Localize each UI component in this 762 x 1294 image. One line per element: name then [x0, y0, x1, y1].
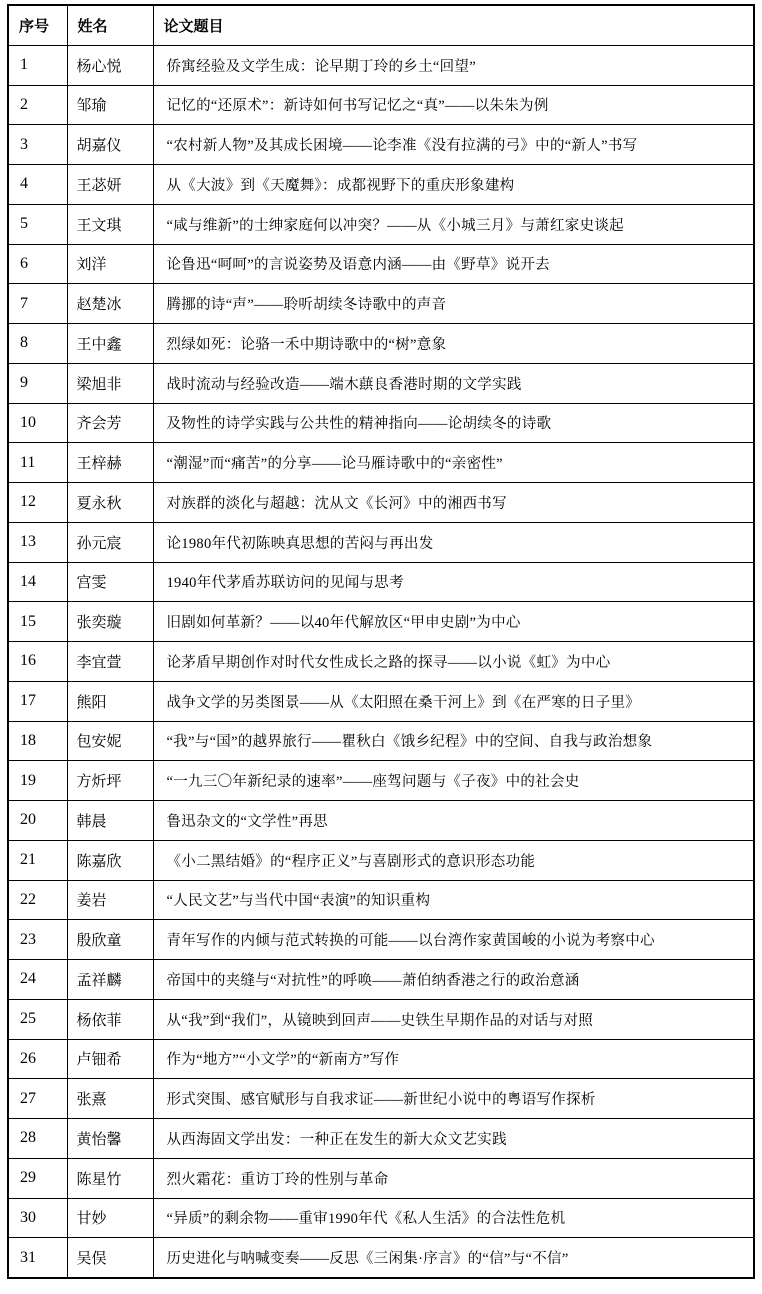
index-cell: 31: [8, 1238, 67, 1278]
index-cell: 26: [8, 1039, 67, 1079]
table-row: 24孟祥麟帝国中的夹缝与“对抗性”的呼唤——萧伯纳香港之行的政治意涵: [8, 960, 754, 1000]
table-row: 2邹瑜记忆的“还原术”：新诗如何书写记忆之“真”——以朱朱为例: [8, 85, 754, 125]
index-cell: 5: [8, 204, 67, 244]
title-cell: 及物性的诗学实践与公共性的精神指向——论胡续冬的诗歌: [153, 403, 754, 443]
table-row: 9梁旭非战时流动与经验改造——端木蕻良香港时期的文学实践: [8, 363, 754, 403]
table-row: 20韩晨鲁迅杂文的“文学性”再思: [8, 801, 754, 841]
table-row: 4王苾妍从《大波》到《天魔舞》：成都视野下的重庆形象建构: [8, 165, 754, 205]
index-cell: 15: [8, 602, 67, 642]
name-cell: 包安妮: [67, 721, 153, 761]
name-cell: 陈嘉欣: [67, 840, 153, 880]
thesis-table: 序号 姓名 论文题目 1杨心悦侨寓经验及文学生成：论早期丁玲的乡土“回望”2邹瑜…: [7, 4, 755, 1279]
table-row: 1杨心悦侨寓经验及文学生成：论早期丁玲的乡土“回望”: [8, 45, 754, 85]
title-cell: “潮湿”而“痛苦”的分享——论马雁诗歌中的“亲密性”: [153, 443, 754, 483]
table-row: 21陈嘉欣《小二黑结婚》的“程序正义”与喜剧形式的意识形态功能: [8, 840, 754, 880]
index-cell: 17: [8, 681, 67, 721]
title-cell: 从“我”到“我们”，从镜映到回声——史铁生早期作品的对话与对照: [153, 999, 754, 1039]
name-cell: 杨心悦: [67, 45, 153, 85]
name-cell: 杨依菲: [67, 999, 153, 1039]
title-cell: “咸与维新”的士绅家庭何以冲突？——从《小城三月》与萧红家史谈起: [153, 204, 754, 244]
index-cell: 19: [8, 761, 67, 801]
header-cell-index: 序号: [8, 5, 67, 45]
index-cell: 16: [8, 642, 67, 682]
table-header: 序号 姓名 论文题目: [8, 5, 754, 45]
title-cell: 帝国中的夹缝与“对抗性”的呼唤——萧伯纳香港之行的政治意涵: [153, 960, 754, 1000]
index-cell: 2: [8, 85, 67, 125]
table-row: 6刘洋论鲁迅“呵呵”的言说姿势及语意内涵——由《野草》说开去: [8, 244, 754, 284]
index-cell: 25: [8, 999, 67, 1039]
index-cell: 18: [8, 721, 67, 761]
name-cell: 邹瑜: [67, 85, 153, 125]
index-cell: 20: [8, 801, 67, 841]
table-row: 10齐会芳及物性的诗学实践与公共性的精神指向——论胡续冬的诗歌: [8, 403, 754, 443]
index-cell: 30: [8, 1198, 67, 1238]
header-cell-name: 姓名: [67, 5, 153, 45]
name-cell: 胡嘉仪: [67, 125, 153, 165]
table-row: 7赵楚冰腾挪的诗“声”——聆听胡续冬诗歌中的声音: [8, 284, 754, 324]
index-cell: 29: [8, 1158, 67, 1198]
name-cell: 姜岩: [67, 880, 153, 920]
title-cell: “一九三〇年新纪录的速率”——座驾问题与《子夜》中的社会史: [153, 761, 754, 801]
name-cell: 王中鑫: [67, 324, 153, 364]
name-cell: 卢钿希: [67, 1039, 153, 1079]
table-row: 15张奕璇旧剧如何革新？——以40年代解放区“甲申史剧”为中心: [8, 602, 754, 642]
name-cell: 甘妙: [67, 1198, 153, 1238]
table-row: 26卢钿希作为“地方”“小文学”的“新南方”写作: [8, 1039, 754, 1079]
name-cell: 熊阳: [67, 681, 153, 721]
title-cell: “农村新人物”及其成长困境——论李准《没有拉满的弓》中的“新人”书写: [153, 125, 754, 165]
index-cell: 7: [8, 284, 67, 324]
name-cell: 赵楚冰: [67, 284, 153, 324]
title-cell: 从《大波》到《天魔舞》：成都视野下的重庆形象建构: [153, 165, 754, 205]
title-cell: 烈绿如死：论骆一禾中期诗歌中的“树”意象: [153, 324, 754, 364]
table-row: 22姜岩“人民文艺”与当代中国“表演”的知识重构: [8, 880, 754, 920]
title-cell: 对族群的淡化与超越：沈从文《长河》中的湘西书写: [153, 483, 754, 523]
name-cell: 孟祥麟: [67, 960, 153, 1000]
index-cell: 9: [8, 363, 67, 403]
table-row: 23殷欣童青年写作的内倾与范式转换的可能——以台湾作家黄国峻的小说为考察中心: [8, 920, 754, 960]
index-cell: 11: [8, 443, 67, 483]
table-body: 1杨心悦侨寓经验及文学生成：论早期丁玲的乡土“回望”2邹瑜记忆的“还原术”：新诗…: [8, 45, 754, 1278]
index-cell: 6: [8, 244, 67, 284]
index-cell: 14: [8, 562, 67, 602]
title-cell: 战时流动与经验改造——端木蕻良香港时期的文学实践: [153, 363, 754, 403]
name-cell: 张奕璇: [67, 602, 153, 642]
table-row: 13孙元宸论1980年代初陈映真思想的苦闷与再出发: [8, 522, 754, 562]
name-cell: 王苾妍: [67, 165, 153, 205]
index-cell: 10: [8, 403, 67, 443]
table-row: 5王文琪“咸与维新”的士绅家庭何以冲突？——从《小城三月》与萧红家史谈起: [8, 204, 754, 244]
title-cell: 战争文学的另类图景——从《太阳照在桑干河上》到《在严寒的日子里》: [153, 681, 754, 721]
title-cell: 论茅盾早期创作对时代女性成长之路的探寻——以小说《虹》为中心: [153, 642, 754, 682]
title-cell: 旧剧如何革新？——以40年代解放区“甲申史剧”为中心: [153, 602, 754, 642]
title-cell: 从西海固文学出发：一种正在发生的新大众文艺实践: [153, 1119, 754, 1159]
title-cell: “异质”的剩余物——重审1990年代《私人生活》的合法性危机: [153, 1198, 754, 1238]
title-cell: 烈火霜花：重访丁玲的性别与革命: [153, 1158, 754, 1198]
name-cell: 黄怡馨: [67, 1119, 153, 1159]
table-row: 29陈星竹烈火霜花：重访丁玲的性别与革命: [8, 1158, 754, 1198]
index-cell: 28: [8, 1119, 67, 1159]
title-cell: 作为“地方”“小文学”的“新南方”写作: [153, 1039, 754, 1079]
title-cell: 论鲁迅“呵呵”的言说姿势及语意内涵——由《野草》说开去: [153, 244, 754, 284]
name-cell: 孙元宸: [67, 522, 153, 562]
title-cell: “人民文艺”与当代中国“表演”的知识重构: [153, 880, 754, 920]
table-row: 11王梓赫“潮湿”而“痛苦”的分享——论马雁诗歌中的“亲密性”: [8, 443, 754, 483]
table-row: 17熊阳战争文学的另类图景——从《太阳照在桑干河上》到《在严寒的日子里》: [8, 681, 754, 721]
title-cell: 论1980年代初陈映真思想的苦闷与再出发: [153, 522, 754, 562]
table-row: 12夏永秋对族群的淡化与超越：沈从文《长河》中的湘西书写: [8, 483, 754, 523]
index-cell: 8: [8, 324, 67, 364]
table-row: 16李宜萱论茅盾早期创作对时代女性成长之路的探寻——以小说《虹》为中心: [8, 642, 754, 682]
title-cell: 1940年代茅盾苏联访问的见闻与思考: [153, 562, 754, 602]
name-cell: 吴俣: [67, 1238, 153, 1278]
index-cell: 24: [8, 960, 67, 1000]
name-cell: 方炘坪: [67, 761, 153, 801]
title-cell: 腾挪的诗“声”——聆听胡续冬诗歌中的声音: [153, 284, 754, 324]
table-row: 30甘妙“异质”的剩余物——重审1990年代《私人生活》的合法性危机: [8, 1198, 754, 1238]
name-cell: 梁旭非: [67, 363, 153, 403]
index-cell: 21: [8, 840, 67, 880]
name-cell: 齐会芳: [67, 403, 153, 443]
title-cell: 历史进化与呐喊变奏——反思《三闲集·序言》的“信”与“不信”: [153, 1238, 754, 1278]
index-cell: 12: [8, 483, 67, 523]
table-row: 19方炘坪“一九三〇年新纪录的速率”——座驾问题与《子夜》中的社会史: [8, 761, 754, 801]
name-cell: 殷欣童: [67, 920, 153, 960]
name-cell: 宫雯: [67, 562, 153, 602]
name-cell: 陈星竹: [67, 1158, 153, 1198]
index-cell: 13: [8, 522, 67, 562]
document-page: 序号 姓名 论文题目 1杨心悦侨寓经验及文学生成：论早期丁玲的乡土“回望”2邹瑜…: [0, 0, 762, 1285]
table-row: 27张熹形式突围、感官赋形与自我求证——新世纪小说中的粤语写作探析: [8, 1079, 754, 1119]
index-cell: 27: [8, 1079, 67, 1119]
table-row: 28黄怡馨从西海固文学出发：一种正在发生的新大众文艺实践: [8, 1119, 754, 1159]
title-cell: 形式突围、感官赋形与自我求证——新世纪小说中的粤语写作探析: [153, 1079, 754, 1119]
index-cell: 3: [8, 125, 67, 165]
table-row: 3胡嘉仪“农村新人物”及其成长困境——论李准《没有拉满的弓》中的“新人”书写: [8, 125, 754, 165]
table-row: 14宫雯1940年代茅盾苏联访问的见闻与思考: [8, 562, 754, 602]
table-row: 31吴俣历史进化与呐喊变奏——反思《三闲集·序言》的“信”与“不信”: [8, 1238, 754, 1278]
name-cell: 韩晨: [67, 801, 153, 841]
table-row: 18包安妮“我”与“国”的越界旅行——瞿秋白《饿乡纪程》中的空间、自我与政治想象: [8, 721, 754, 761]
title-cell: 《小二黑结婚》的“程序正义”与喜剧形式的意识形态功能: [153, 840, 754, 880]
name-cell: 刘洋: [67, 244, 153, 284]
table-row: 25杨依菲从“我”到“我们”，从镜映到回声——史铁生早期作品的对话与对照: [8, 999, 754, 1039]
table-row: 8王中鑫烈绿如死：论骆一禾中期诗歌中的“树”意象: [8, 324, 754, 364]
index-cell: 4: [8, 165, 67, 205]
header-cell-title: 论文题目: [153, 5, 754, 45]
title-cell: 侨寓经验及文学生成：论早期丁玲的乡土“回望”: [153, 45, 754, 85]
index-cell: 1: [8, 45, 67, 85]
index-cell: 22: [8, 880, 67, 920]
title-cell: “我”与“国”的越界旅行——瞿秋白《饿乡纪程》中的空间、自我与政治想象: [153, 721, 754, 761]
name-cell: 王梓赫: [67, 443, 153, 483]
header-row: 序号 姓名 论文题目: [8, 5, 754, 45]
name-cell: 王文琪: [67, 204, 153, 244]
title-cell: 鲁迅杂文的“文学性”再思: [153, 801, 754, 841]
name-cell: 张熹: [67, 1079, 153, 1119]
name-cell: 夏永秋: [67, 483, 153, 523]
name-cell: 李宜萱: [67, 642, 153, 682]
title-cell: 青年写作的内倾与范式转换的可能——以台湾作家黄国峻的小说为考察中心: [153, 920, 754, 960]
title-cell: 记忆的“还原术”：新诗如何书写记忆之“真”——以朱朱为例: [153, 85, 754, 125]
index-cell: 23: [8, 920, 67, 960]
